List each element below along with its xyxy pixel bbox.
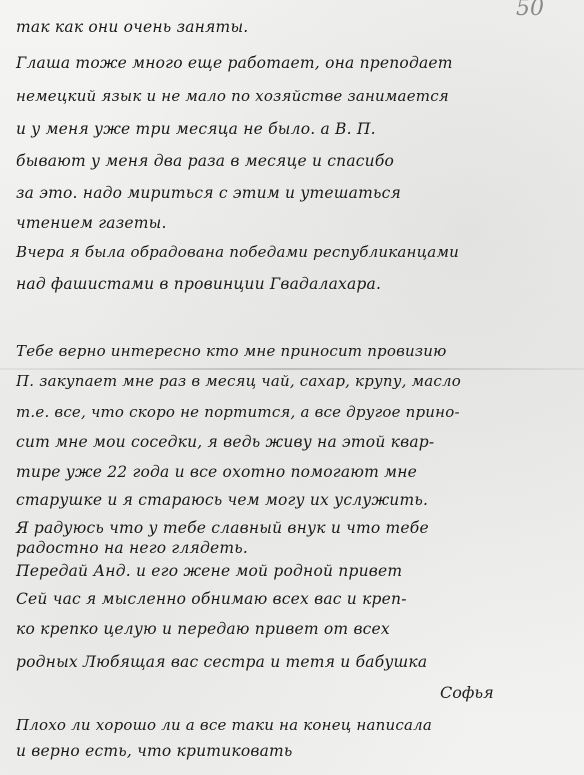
paper-fold-crease xyxy=(0,368,584,370)
letter-line-19: Сей час я мысленно обнимаю всех вас и кр… xyxy=(16,590,407,608)
letter-line-10: Тебе верно интересно кто мне приносит пр… xyxy=(16,342,447,360)
scanned-letter-page: 50 так как они очень заняты. Глаша тоже … xyxy=(0,0,584,775)
letter-line-6: за это. надо мириться с этим и утешаться xyxy=(16,184,401,202)
letter-line-11: П. закупает мне раз в месяц чай, сахар, … xyxy=(16,372,461,390)
letter-line-20: ко крепко целую и передаю привет от всех xyxy=(16,620,390,638)
letter-line-17: радостно на него глядеть. xyxy=(16,539,248,557)
letter-line-7: чтением газеты. xyxy=(16,214,167,232)
letter-line-13: сит мне мои соседки, я ведь живу на этой… xyxy=(16,433,434,451)
letter-line-15: старушке и я стараюсь чем могу их услужи… xyxy=(16,491,428,509)
letter-line-3: немецкий язык и не мало по хозяйстве зан… xyxy=(16,87,449,105)
postscript-line-2: и верно есть, что критиковать xyxy=(16,742,293,760)
letter-line-2: Глаша тоже много еще работает, она препо… xyxy=(16,54,453,72)
archive-page-number: 50 xyxy=(516,0,544,21)
letter-line-8: Вчера я была обрадована победами республ… xyxy=(16,243,459,261)
letter-line-18: Передай Анд. и его жене мой родной приве… xyxy=(16,562,402,580)
postscript-line-1: Плохо ли хорошо ли а все таки на конец н… xyxy=(16,716,432,734)
letter-line-14: тире уже 22 года и все охотно помогают м… xyxy=(16,463,417,481)
letter-line-1: так как они очень заняты. xyxy=(16,18,248,36)
letter-line-9: над фашистами в провинции Гвадалахара. xyxy=(16,275,381,293)
letter-line-16: Я радуюсь что у тебе славный внук и что … xyxy=(16,519,429,537)
signature: Софья xyxy=(440,683,494,702)
letter-line-12: т.е. все, что скоро не портится, а все д… xyxy=(16,403,460,421)
letter-line-5: бывают у меня два раза в месяце и спасиб… xyxy=(16,152,394,170)
letter-line-4: и у меня уже три месяца не было. а В. П. xyxy=(16,120,376,138)
letter-line-21-closing: родных Любящая вас сестра и тетя и бабуш… xyxy=(16,653,427,671)
